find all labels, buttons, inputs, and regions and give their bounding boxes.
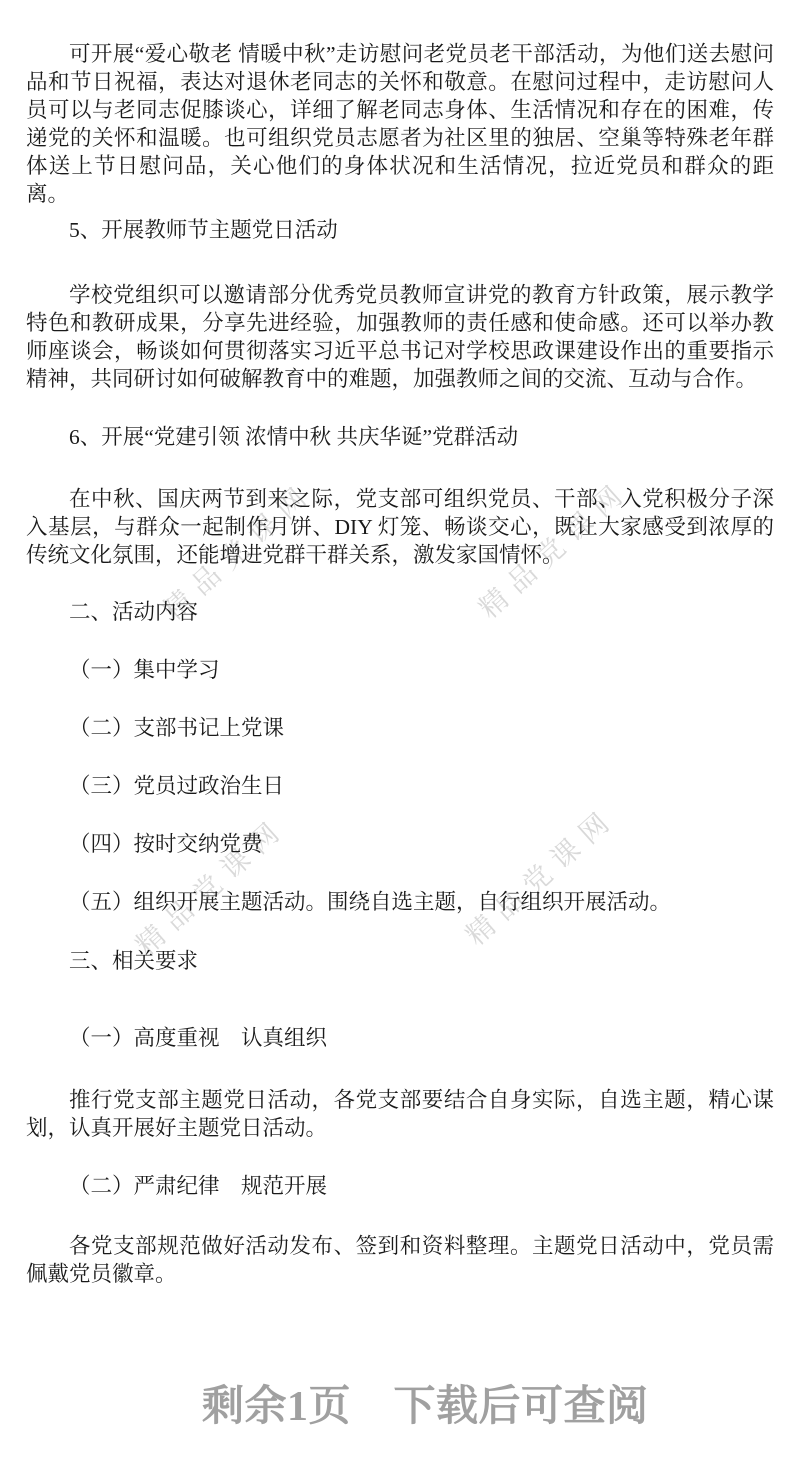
list-heading: （一）集中学习 <box>26 656 774 684</box>
paragraph: 可开展“爱心敬老 情暖中秋”走访慰问老党员老干部活动，为他们送去慰问品和节日祝福… <box>26 40 774 208</box>
document-page: 精品党课网 精品党课网 精品党课网 精品党课网 可开展“爱心敬老 情暖中秋”走访… <box>0 0 800 1484</box>
section-heading: 三、相关要求 <box>26 947 774 975</box>
document-text-layer: 可开展“爱心敬老 情暖中秋”走访慰问老党员老干部活动，为他们送去慰问品和节日祝福… <box>0 0 800 1484</box>
paragraph: 在中秋、国庆两节到来之际，党支部可组织党员、干部、入党积极分子深入基层，与群众一… <box>26 485 774 569</box>
list-heading: （二）严肃纪律 规范开展 <box>26 1172 774 1200</box>
section-heading: 二、活动内容 <box>26 598 774 626</box>
list-heading: （四）按时交纳党费 <box>26 830 774 858</box>
list-heading: （五）组织开展主题活动。围绕自选主题，自行组织开展活动。 <box>26 888 774 916</box>
section-heading: 6、开展“党建引领 浓情中秋 共庆华诞”党群活动 <box>26 423 774 451</box>
list-heading: （一）高度重视 认真组织 <box>26 1024 774 1052</box>
section-heading: 5、开展教师节主题党日活动 <box>26 216 774 244</box>
list-heading: （三）党员过政治生日 <box>26 772 774 800</box>
list-heading: （二）支部书记上党课 <box>26 714 774 742</box>
paragraph: 各党支部规范做好活动发布、签到和资料整理。主题党日活动中，党员需佩戴党员徽章。 <box>26 1232 774 1288</box>
paragraph: 学校党组织可以邀请部分优秀党员教师宣讲党的教育方针政策，展示教学特色和教研成果，… <box>26 281 774 393</box>
paragraph: 推行党支部主题党日活动，各党支部要结合自身实际，自选主题，精心谋划，认真开展好主… <box>26 1086 774 1142</box>
remaining-pages-download-notice: 剩余1页 下载后可查阅 <box>202 1384 649 1430</box>
